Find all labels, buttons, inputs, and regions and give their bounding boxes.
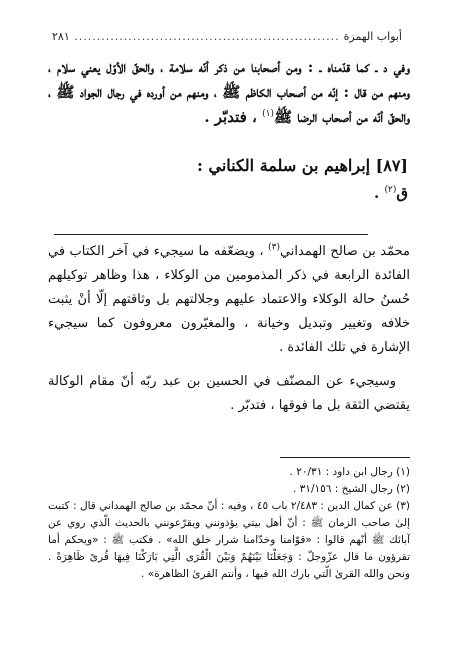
footnote-ref-1[interactable]: (١) (262, 109, 274, 119)
section-divider (54, 234, 368, 235)
commentary-paragraph-1: محمّد بن صالح الهمداني(٣) ، ويضعّفه ما س… (48, 240, 410, 360)
footnote-ref-2[interactable]: (٢) (384, 185, 396, 195)
commentary-block: محمّد بن صالح الهمداني(٣) ، ويضعّفه ما س… (48, 240, 410, 428)
footnote-marker: (٢) (396, 483, 410, 495)
main-paragraph-tail: ، فتدبّر . (204, 108, 262, 126)
footnote-text: رجال الشيخ : ٣١/١٥٦ . (293, 483, 393, 495)
entry-code: ق (396, 184, 408, 202)
commentary-p1-rest: ، ويضعّفه ما سيجيء في آخر الكتاب في الفا… (48, 244, 410, 355)
entry-code-line: ق(٢) . (48, 182, 408, 204)
footnote-divider (280, 457, 410, 458)
main-paragraph: وفي د ـ كما قدّمناه ـ : ومن أصحابنا من ذ… (48, 55, 410, 130)
section-title: أبواب الهمزة (344, 30, 402, 43)
footnote-ref-3[interactable]: (٣) (268, 243, 280, 253)
leader-dots: ........................................… (74, 30, 340, 43)
entry-heading: [٨٧] إبراهيم بن سلمة الكناني : (48, 153, 408, 179)
page-number: ٢٨١ (52, 30, 70, 43)
commentary-p1-start: محمّد بن صالح الهمداني (280, 244, 410, 259)
main-text-block: وفي د ـ كما قدّمناه ـ : ومن أصحابنا من ذ… (48, 55, 410, 130)
document-page: أبواب الهمزة ...........................… (0, 0, 452, 660)
footnote-3: (٣) عن كمال الدين : ٢/٤٨٣ باب ٤٥ ، وفيه … (48, 498, 410, 583)
entry-code-tail: . (374, 184, 384, 202)
footnote-marker: (٣) (396, 500, 410, 512)
footnote-marker: (١) (396, 466, 410, 478)
commentary-paragraph-2: وسيجيء عن المصنّف في الحسين بن عبد ربّه … (48, 370, 410, 418)
footnote-2: (٢) رجال الشيخ : ٣١/١٥٦ . (48, 481, 410, 498)
running-header: أبواب الهمزة ...........................… (52, 30, 402, 43)
footnote-text: رجال ابن داود : ٢٠/٣١ . (290, 466, 393, 478)
footnotes-block: (١) رجال ابن داود : ٢٠/٣١ . (٢) رجال الش… (48, 464, 410, 583)
footnote-text: عن كمال الدين : ٢/٤٨٣ باب ٤٥ ، وفيه : أن… (48, 500, 410, 580)
footnote-1: (١) رجال ابن داود : ٢٠/٣١ . (48, 464, 410, 481)
